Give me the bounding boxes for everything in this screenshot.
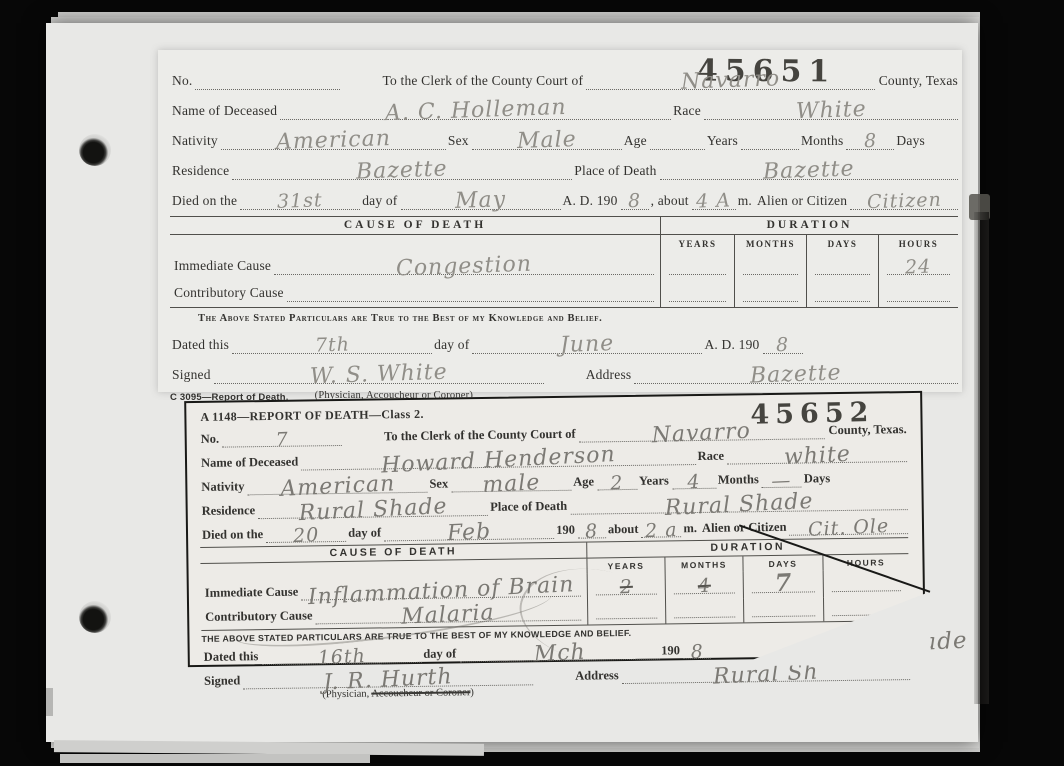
died-year-handwriting: 8: [585, 525, 599, 538]
punch-hole-top: [79, 134, 111, 166]
age-label: Age: [622, 133, 650, 150]
immediate-cause-label: Immediate Cause: [203, 585, 302, 602]
contributory-cause-label: Contributory Cause: [172, 285, 287, 302]
duration-col-months: MONTHS: [734, 235, 806, 250]
duration-header: DURATION: [660, 217, 958, 235]
place-of-death-label: Place of Death: [572, 163, 659, 180]
sex-handwriting: male: [482, 477, 541, 492]
paper-stack-bottom-2: [60, 754, 370, 763]
duration-days-handwriting: 7: [774, 576, 792, 589]
dated-day-field: 16th: [261, 647, 421, 665]
age-years-handwriting: 2: [610, 477, 624, 490]
dotted-line: [743, 274, 798, 275]
immediate-days-cell: [806, 250, 878, 280]
signed-label: Signed: [202, 673, 243, 690]
age-years-field: [650, 132, 705, 150]
death-report-45651: 45651 No. To the Clerk of the County Cou…: [170, 62, 958, 403]
age-days-handwriting: —: [772, 474, 793, 487]
alien-citizen-handwriting: Cit. Ole: [808, 520, 890, 536]
days-label: Days: [894, 133, 928, 150]
age-months-field: [741, 132, 799, 150]
county-handwriting: Navarro: [681, 73, 781, 88]
dated-year-handwriting: 8: [690, 646, 704, 659]
residence-field: Bazette: [232, 162, 572, 180]
dated-year-handwriting: 8: [776, 339, 790, 351]
months-label: Months: [799, 133, 846, 150]
sex-label: Sex: [446, 133, 472, 150]
dotted-line: 7: [752, 573, 815, 593]
age-months-field: 4: [672, 473, 716, 490]
contributory-cause-field: [287, 285, 654, 302]
died-day-handwriting: 20: [293, 529, 320, 542]
place-handwriting: Rural Shade: [664, 496, 813, 515]
immediate-cause-label: Immediate Cause: [172, 258, 274, 275]
line-dated: Dated this 7th day of June A. D. 190 8: [170, 330, 958, 354]
months-label: Months: [716, 472, 762, 489]
line-name-race: Name of Deceased A. C. Holleman Race Whi…: [170, 96, 958, 120]
age-days-field: 8: [846, 132, 894, 150]
immediate-hours-cell: 24: [878, 250, 958, 280]
alien-citizen-field: Cit. Ole: [789, 518, 908, 536]
m-label: m.: [681, 521, 700, 537]
address-handwriting: Rural Sh: [713, 666, 819, 683]
county-handwriting: Navarro: [652, 426, 752, 443]
age-years-field: 2: [597, 474, 637, 491]
death-report-45652-slip: 45652 A 1148—REPORT OF DEATH—Class 2. No…: [184, 391, 926, 667]
place-of-death-field: Rural Shade: [570, 494, 908, 515]
dotted-line: [743, 301, 798, 302]
line-no-clerk: No. To the Clerk of the County Court of …: [170, 66, 958, 90]
died-day-field: 20: [266, 526, 346, 543]
line-died-on: Died on the 31st day of May A. D. 190 8 …: [170, 186, 958, 210]
no-handwriting: 7: [275, 433, 289, 446]
years-label: Years: [705, 133, 741, 150]
immediate-years-cell: [660, 250, 734, 280]
address-label: Address: [584, 367, 635, 384]
line-signed: Signed W. S. White Address Bazette: [170, 360, 958, 384]
year-label: 190: [554, 523, 578, 539]
dated-this-label: Dated this: [170, 337, 232, 354]
age-days-handwriting: 8: [864, 135, 878, 147]
day-of-label: day of: [360, 193, 400, 210]
immediate-cause-field: Congestion: [274, 258, 654, 275]
dotted-line: [815, 274, 870, 275]
dotted-line: [669, 301, 726, 302]
address-handwriting: Bazette: [750, 367, 842, 382]
ad-label: A. D. 190: [561, 193, 621, 210]
immediate-months-cell: [734, 250, 806, 280]
dated-year-field: 8: [763, 336, 803, 354]
contributory-months-cell: [665, 598, 743, 623]
clerk-label: To the Clerk of the County Court of: [382, 427, 579, 446]
died-year-field: 8: [578, 522, 606, 538]
about-label: , about: [649, 193, 692, 210]
contributory-months-cell: [734, 280, 806, 307]
day-of-label: day of: [346, 525, 384, 542]
died-year-field: 8: [621, 192, 649, 210]
no-field: 7: [222, 430, 342, 448]
dated-month-handwriting: June: [560, 338, 615, 352]
dated-day-handwriting: 7th: [314, 338, 349, 351]
no-label: No.: [199, 432, 223, 448]
immediate-days-cell: 7: [743, 570, 823, 598]
county-suffix-label: County, Texas: [875, 73, 958, 90]
ad-label: A. D. 190: [702, 337, 762, 354]
line-nativity-sex-age: Nativity American Sex Male Age Years Mon…: [170, 126, 958, 150]
race-label: Race: [696, 449, 728, 465]
no-label: No.: [170, 73, 195, 90]
table-spacer-cell: [170, 235, 660, 250]
dotted-line: [887, 301, 950, 302]
dated-day-handwriting: 16th: [317, 650, 366, 664]
name-label: Name of Deceased: [199, 455, 301, 472]
contributory-days-cell: [743, 597, 823, 622]
dated-day-field: 7th: [232, 336, 432, 354]
nativity-label: Nativity: [170, 133, 221, 150]
race-field: white: [727, 446, 907, 465]
immediate-hours-cell: [823, 569, 909, 597]
dated-month-field: June: [472, 336, 702, 354]
signer-note-suffix: ): [470, 687, 474, 698]
race-label: Race: [671, 103, 704, 120]
truth-statement: The Above Stated Particulars are True to…: [198, 313, 958, 324]
contributory-hours-cell: [878, 280, 958, 307]
sex-field: male: [451, 475, 571, 493]
contributory-days-cell: [806, 280, 878, 307]
dotted-line: [669, 274, 726, 275]
died-month-field: May: [401, 192, 561, 210]
day-of-label: day of: [421, 646, 459, 663]
age-days-field: —: [762, 472, 802, 489]
cause-duration-table: CAUSE OF DEATH DURATION YEARS MONTHS DAY…: [170, 216, 958, 308]
about-label: about: [606, 522, 642, 538]
contributory-years-cell: [660, 280, 734, 307]
immediate-hours-handwriting: 24: [905, 261, 932, 274]
paper-edge-notch: [46, 688, 53, 716]
duration-months-handwriting: 4: [697, 580, 711, 593]
years-label: Years: [637, 473, 672, 489]
nativity-field: American: [221, 132, 446, 150]
died-time-handwriting: 2 a: [645, 524, 678, 538]
residence-label: Residence: [200, 503, 259, 520]
day-of-label: day of: [432, 337, 472, 354]
race-handwriting: white: [783, 449, 850, 464]
dotted-line: [815, 301, 870, 302]
sex-handwriting: Male: [517, 134, 577, 148]
dotted-line: [832, 590, 901, 592]
age-label: Age: [571, 474, 597, 490]
died-month-field: Feb: [384, 523, 554, 541]
dotted-line: 4: [674, 576, 735, 594]
punch-hole-bottom: [79, 601, 111, 633]
name-handwriting: A. C. Holleman: [385, 102, 567, 120]
died-time-field: 2 a: [641, 521, 681, 538]
death-report-45652: 45652 A 1148—REPORT OF DEATH—Class 2. No…: [184, 391, 926, 667]
name-field: Howard Henderson: [301, 449, 696, 471]
died-month-handwriting: Feb: [447, 526, 492, 540]
died-year-handwriting: 8: [628, 195, 642, 207]
contributory-cause-row: Contributory Cause: [170, 280, 660, 307]
days-label: Days: [802, 471, 834, 487]
place-handwriting: Bazette: [763, 163, 855, 178]
residence-label: Residence: [170, 163, 232, 180]
race-field: White: [704, 102, 958, 120]
m-label: m.: [736, 193, 755, 210]
died-time-field: 4 A: [692, 192, 736, 210]
nativity-handwriting: American: [280, 478, 395, 496]
signed-label: Signed: [170, 367, 214, 384]
county-field: Navarro: [586, 72, 875, 90]
alien-citizen-handwriting: Citizen: [867, 194, 942, 209]
address-label: Address: [573, 668, 622, 685]
died-day-handwriting: 31st: [277, 194, 323, 208]
dated-this-label: Dated this: [202, 649, 262, 666]
signed-field: W. S. White: [214, 366, 544, 384]
sex-field: Male: [472, 132, 622, 150]
alien-citizen-field: Citizen: [850, 192, 958, 210]
died-month-handwriting: May: [455, 194, 506, 208]
immediate-cause-handwriting: Congestion: [396, 259, 532, 276]
residence-field: Rural Shade: [258, 500, 488, 519]
nativity-label: Nativity: [199, 479, 247, 496]
duration-col-hours: HOURS: [878, 235, 958, 250]
scanned-death-records-page: 45651 No. To the Clerk of the County Cou…: [0, 0, 1064, 766]
died-day-field: 31st: [240, 192, 360, 210]
age-months-handwriting: 4: [687, 476, 701, 489]
dotted-line: 24: [887, 258, 950, 275]
died-on-label: Died on the: [170, 193, 240, 210]
name-label: Name of Deceased: [170, 103, 280, 120]
duration-col-months: MONTHS: [664, 556, 742, 572]
residence-handwriting: Rural Shade: [299, 501, 448, 520]
race-handwriting: White: [795, 104, 866, 118]
residence-handwriting: Bazette: [356, 163, 448, 178]
duration-col-years: YEARS: [660, 235, 734, 250]
nativity-field: American: [247, 477, 427, 496]
clerk-label: To the Clerk of the County Court of: [380, 73, 586, 90]
spacer: [342, 445, 382, 446]
alien-citizen-label: Alien or Citizen: [755, 193, 850, 210]
county-field: Navarro: [579, 423, 825, 442]
signature-handwriting: J. R. Hurth: [323, 671, 453, 689]
duration-col-days: DAYS: [806, 235, 878, 250]
name-field: A. C. Holleman: [280, 102, 671, 120]
no-field: [195, 72, 340, 90]
dotted-line: [674, 616, 735, 618]
address-field: Bazette: [634, 366, 958, 384]
county-suffix-label: County, Texas.: [824, 422, 906, 439]
signature-handwriting: W. S. White: [310, 367, 448, 384]
sex-label: Sex: [427, 476, 451, 492]
died-time-handwriting: 4 A: [696, 194, 731, 207]
nativity-handwriting: American: [276, 133, 391, 149]
cause-of-death-header: CAUSE OF DEATH: [170, 217, 660, 235]
place-of-death-field: Bazette: [660, 162, 958, 180]
binder-edge-shadow: [974, 212, 989, 704]
dated-year-field: 8: [683, 643, 711, 659]
immediate-cause-row: Immediate Cause Congestion: [170, 250, 660, 280]
dotted-line: [752, 615, 815, 617]
died-on-label: Died on the: [200, 527, 266, 544]
place-of-death-label: Place of Death: [488, 499, 570, 516]
line-residence-place: Residence Bazette Place of Death Bazette: [170, 156, 958, 180]
